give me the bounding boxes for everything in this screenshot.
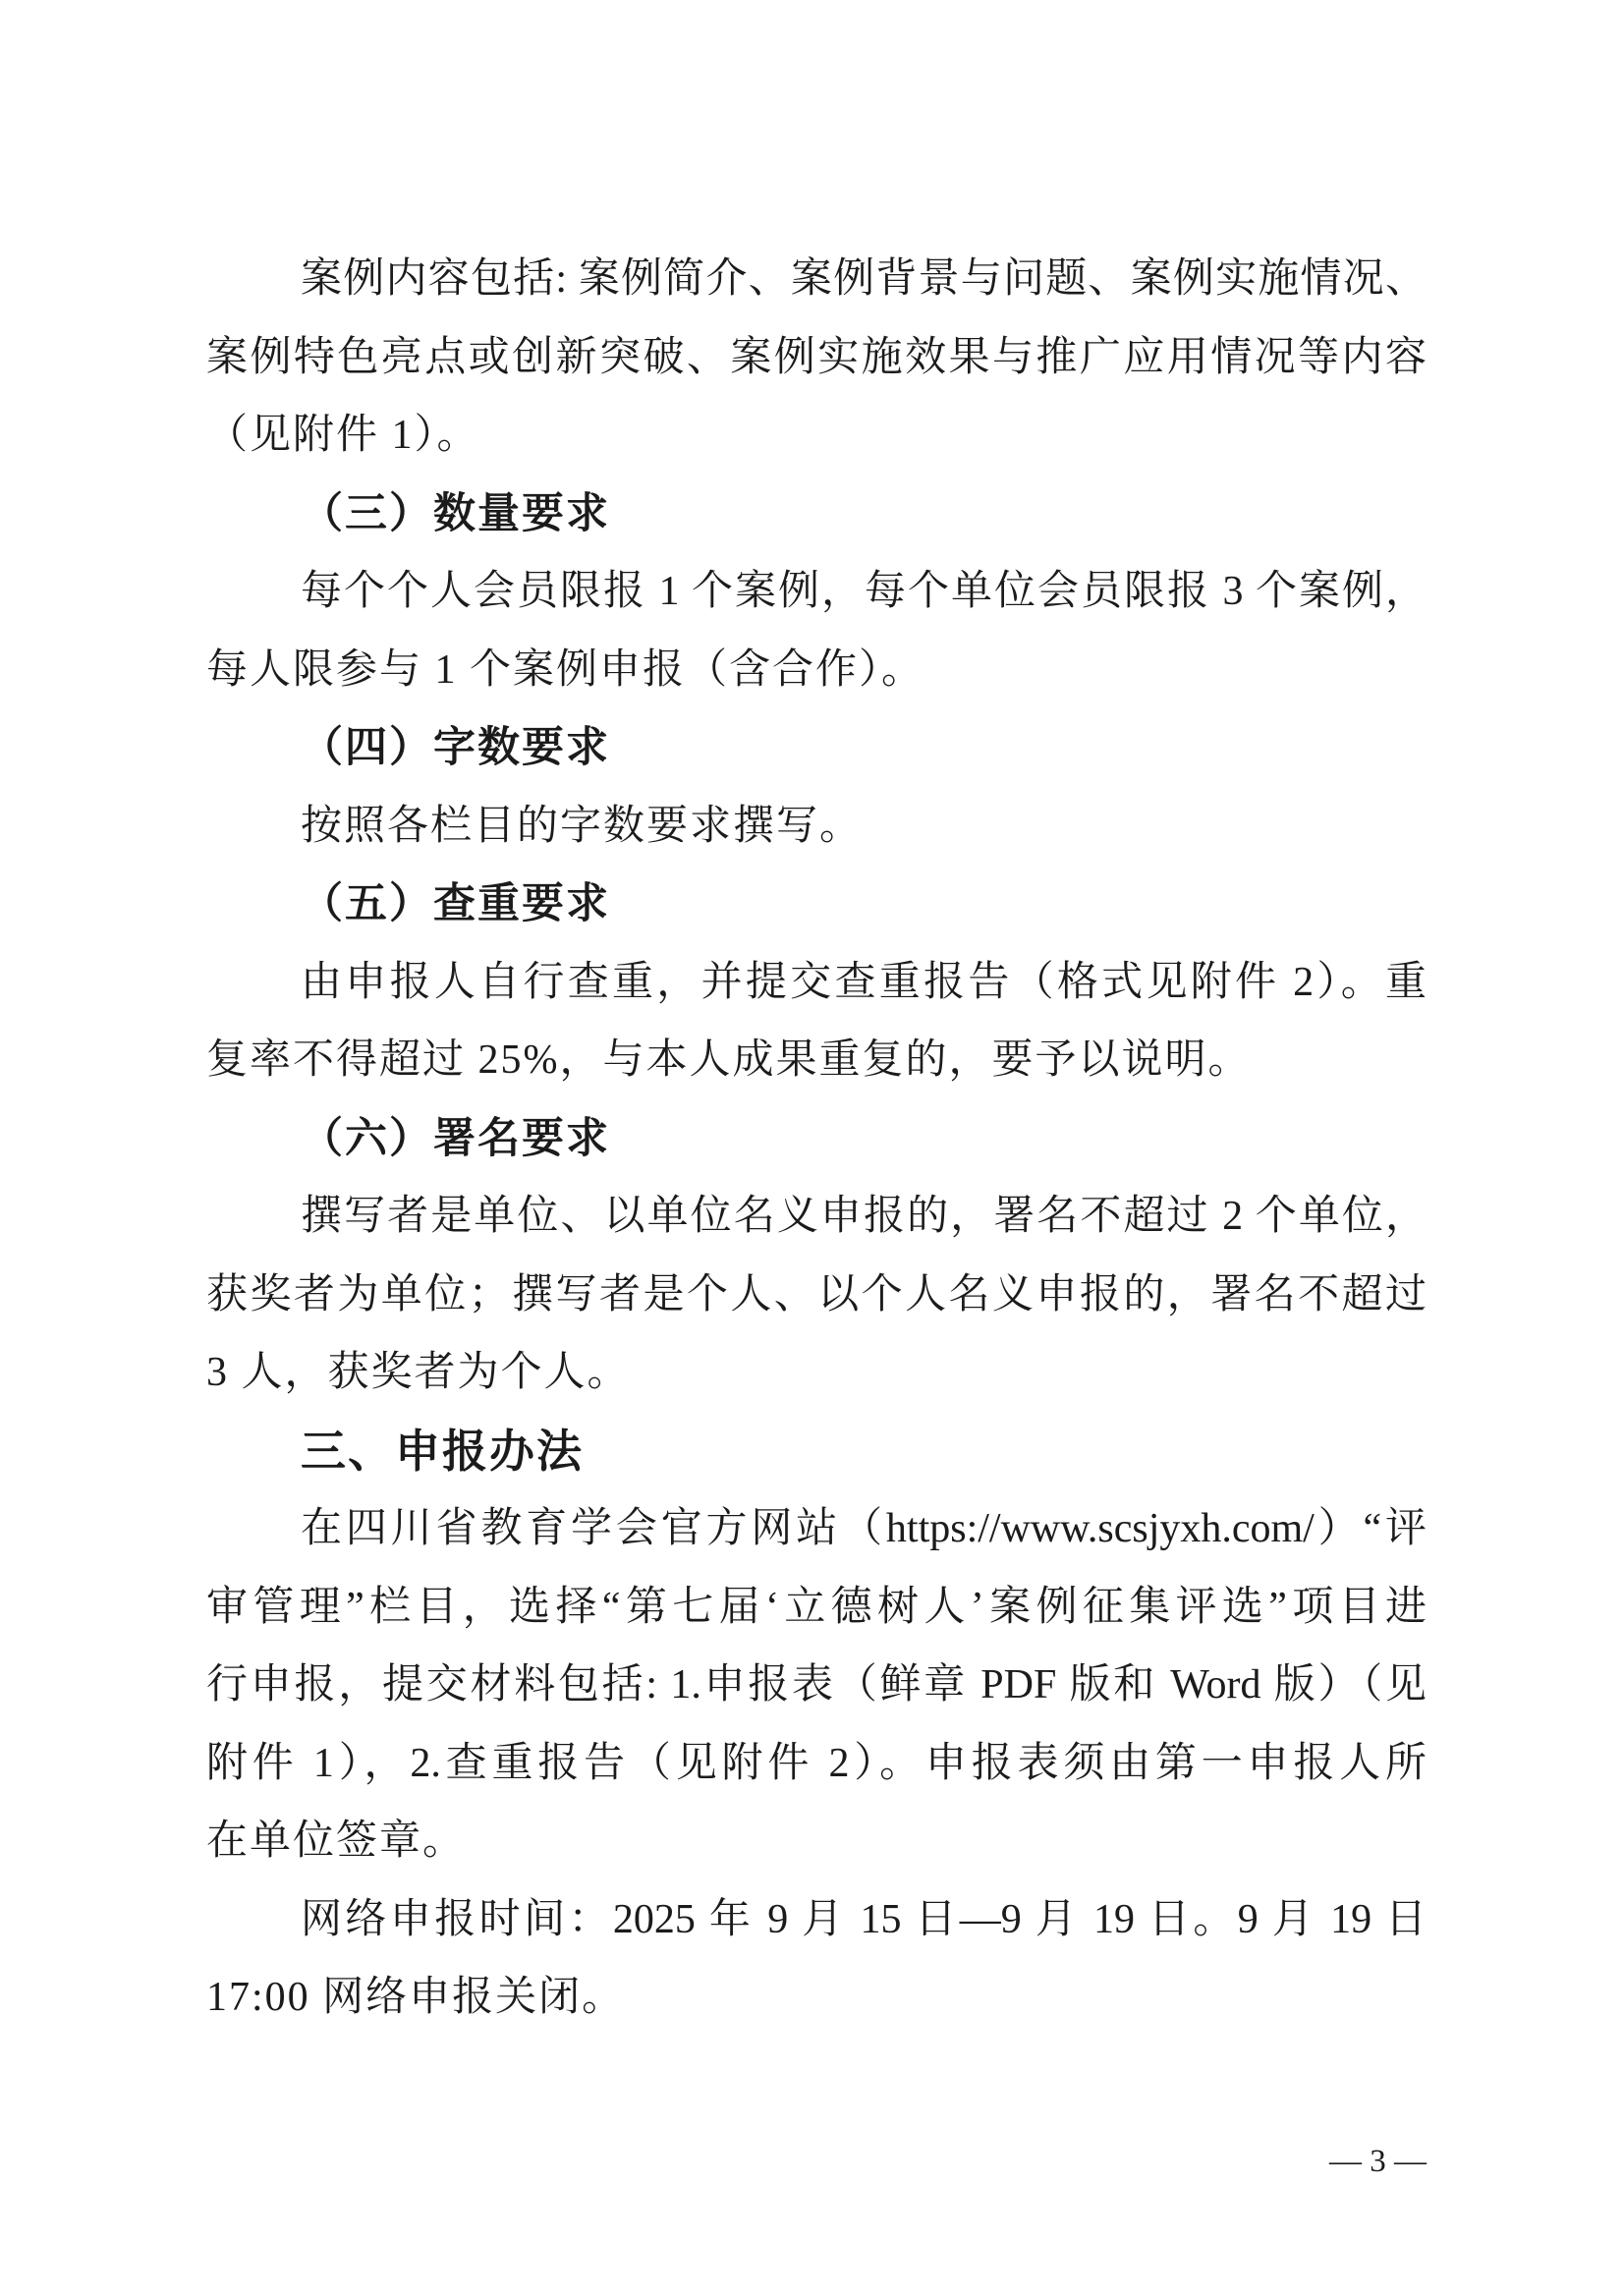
text-line-17: 审管理”栏目，选择“第七届‘立德树人’案例征集评选”项目进 <box>206 1569 1427 1648</box>
text-line-18: 行申报，提交材料包括: 1.申报表（鲜章 PDF 版和 Word 版）（见 <box>206 1647 1427 1725</box>
text-line-7: 按照各栏目的字数要求撰写。 <box>206 788 1427 867</box>
text-line-10: 复率不得超过 25%，与本人成果重复的，要予以说明。 <box>206 1022 1427 1100</box>
document-page: 案例内容包括: 案例简介、案例背景与问题、案例实施情况、案例特色亮点或创新突破、… <box>0 0 1623 2296</box>
text-line-8: （五）查重要求 <box>206 866 1427 944</box>
text-line-22: 17:00 网络申报关闭。 <box>206 1959 1427 2038</box>
text-line-21: 网络申报时间：2025 年 9 月 15 日—9 月 19 日。9 月 19 日 <box>206 1881 1427 1960</box>
text-line-0: 案例内容包括: 案例简介、案例背景与问题、案例实施情况、 <box>206 241 1427 319</box>
text-line-2: （见附件 1）。 <box>206 397 1427 476</box>
text-line-12: 撰写者是单位、以单位名义申报的，署名不超过 2 个单位， <box>206 1178 1427 1257</box>
text-line-6: （四）字数要求 <box>206 709 1427 788</box>
text-line-1: 案例特色亮点或创新突破、案例实施效果与推广应用情况等内容 <box>206 319 1427 398</box>
text-line-16: 在四川省教育学会官方网站（https://www.scsjyxh.com/）“评 <box>206 1490 1427 1569</box>
text-line-13: 获奖者为单位；撰写者是个人、以个人名义申报的，署名不超过 <box>206 1257 1427 1335</box>
text-line-4: 每个个人会员限报 1 个案例，每个单位会员限报 3 个案例， <box>206 553 1427 632</box>
page-number: — 3 — <box>1329 2140 1427 2184</box>
text-line-19: 附件 1），2.查重报告（见附件 2）。申报表须由第一申报人所 <box>206 1725 1427 1804</box>
text-line-14: 3 人，获奖者为个人。 <box>206 1334 1427 1413</box>
text-line-9: 由申报人自行查重，并提交查重报告（格式见附件 2）。重 <box>206 944 1427 1023</box>
text-line-3: （三）数量要求 <box>206 476 1427 554</box>
text-line-5: 每人限参与 1 个案例申报（含合作）。 <box>206 632 1427 710</box>
document-body: 案例内容包括: 案例简介、案例背景与问题、案例实施情况、案例特色亮点或创新突破、… <box>206 241 1427 2038</box>
text-line-15: 三、申报办法 <box>206 1413 1427 1491</box>
text-line-20: 在单位签章。 <box>206 1803 1427 1881</box>
text-line-11: （六）署名要求 <box>206 1100 1427 1179</box>
